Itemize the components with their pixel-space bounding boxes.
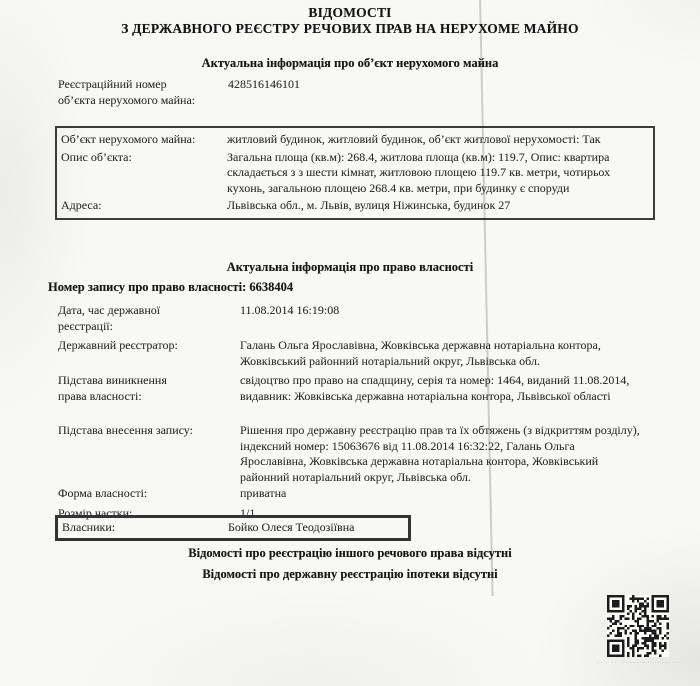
field-label: Підстава виникнення права власності:: [58, 373, 198, 404]
field-value: житловий будинок, житловий будинок, об’є…: [227, 132, 627, 148]
field-value: Рішення про державну реєстрацію прав та …: [240, 423, 640, 485]
ownership-section-heading: Актуальна інформація про право власності: [0, 260, 700, 275]
other-rights-absent-line: Відомості про реєстрацію іншого речового…: [0, 546, 700, 561]
qr-code: [607, 595, 669, 657]
qr-caption: ··· ·· ········ ·······: [594, 660, 682, 665]
ownership-record-number: Номер запису про право власності: 663840…: [48, 280, 293, 295]
field-value: Загальна площа (кв.м): 268.4, житлова пл…: [227, 150, 627, 197]
field-row: Опис об’єкта: Загальна площа (кв.м): 268…: [61, 150, 649, 197]
field-value: свідоцтво про право на спадщину, серія т…: [240, 373, 640, 404]
field-row: Дата, час державної реєстрації: 11.08.20…: [58, 303, 700, 334]
document-title-line1: ВІДОМОСТІ: [0, 5, 700, 21]
field-label: Підстава внесення запису:: [58, 423, 198, 485]
field-label: Власники:: [62, 520, 202, 536]
owners-box: Власники: Бойко Олеся Теодозіївна: [55, 515, 411, 541]
field-row: Об’єкт нерухомого майна: житловий будино…: [61, 132, 649, 148]
field-label: Форма власності:: [58, 486, 198, 502]
field-row: Підстава внесення запису: Рішення про де…: [58, 423, 700, 485]
field-value: приватна: [240, 486, 640, 502]
mortgage-absent-line: Відомості про державну реєстрацію іпотек…: [0, 567, 700, 582]
field-label: Опис об’єкта:: [61, 150, 201, 197]
field-value: 11.08.2014 16:19:08: [240, 303, 640, 334]
registration-number-row: Реєстраційний номер об’єкта нерухомого м…: [58, 77, 700, 108]
field-row: Державний реєстратор: Галань Ольга Яросл…: [58, 338, 700, 369]
field-row: Форма власності: приватна: [58, 486, 700, 502]
field-row: Підстава виникнення права власності: сві…: [58, 373, 700, 404]
field-label: Державний реєстратор:: [58, 338, 198, 369]
field-label: Об’єкт нерухомого майна:: [61, 132, 201, 148]
object-info-box: Об’єкт нерухомого майна: житловий будино…: [55, 126, 655, 220]
field-label: Дата, час державної реєстрації:: [58, 303, 198, 334]
field-value: Галань Ольга Ярославівна, Жовківська дер…: [240, 338, 640, 369]
object-section-heading: Актуальна інформація про об’єкт нерухомо…: [0, 56, 700, 71]
field-value: 428516146101: [228, 77, 640, 108]
field-row: Адреса: Львівська обл., м. Львів, вулиця…: [61, 198, 649, 214]
field-label: Адреса:: [61, 198, 201, 214]
document-title-line2: З ДЕРЖАВНОГО РЕЄСТРУ РЕЧОВИХ ПРАВ НА НЕР…: [0, 21, 700, 37]
scanned-document-page: ВІДОМОСТІ З ДЕРЖАВНОГО РЕЄСТРУ РЕЧОВИХ П…: [0, 0, 700, 686]
field-value: Бойко Олеся Теодозіївна: [228, 520, 354, 536]
field-value: Львівська обл., м. Львів, вулиця Ніжинсь…: [227, 198, 627, 214]
field-label: Реєстраційний номер об’єкта нерухомого м…: [58, 77, 198, 108]
